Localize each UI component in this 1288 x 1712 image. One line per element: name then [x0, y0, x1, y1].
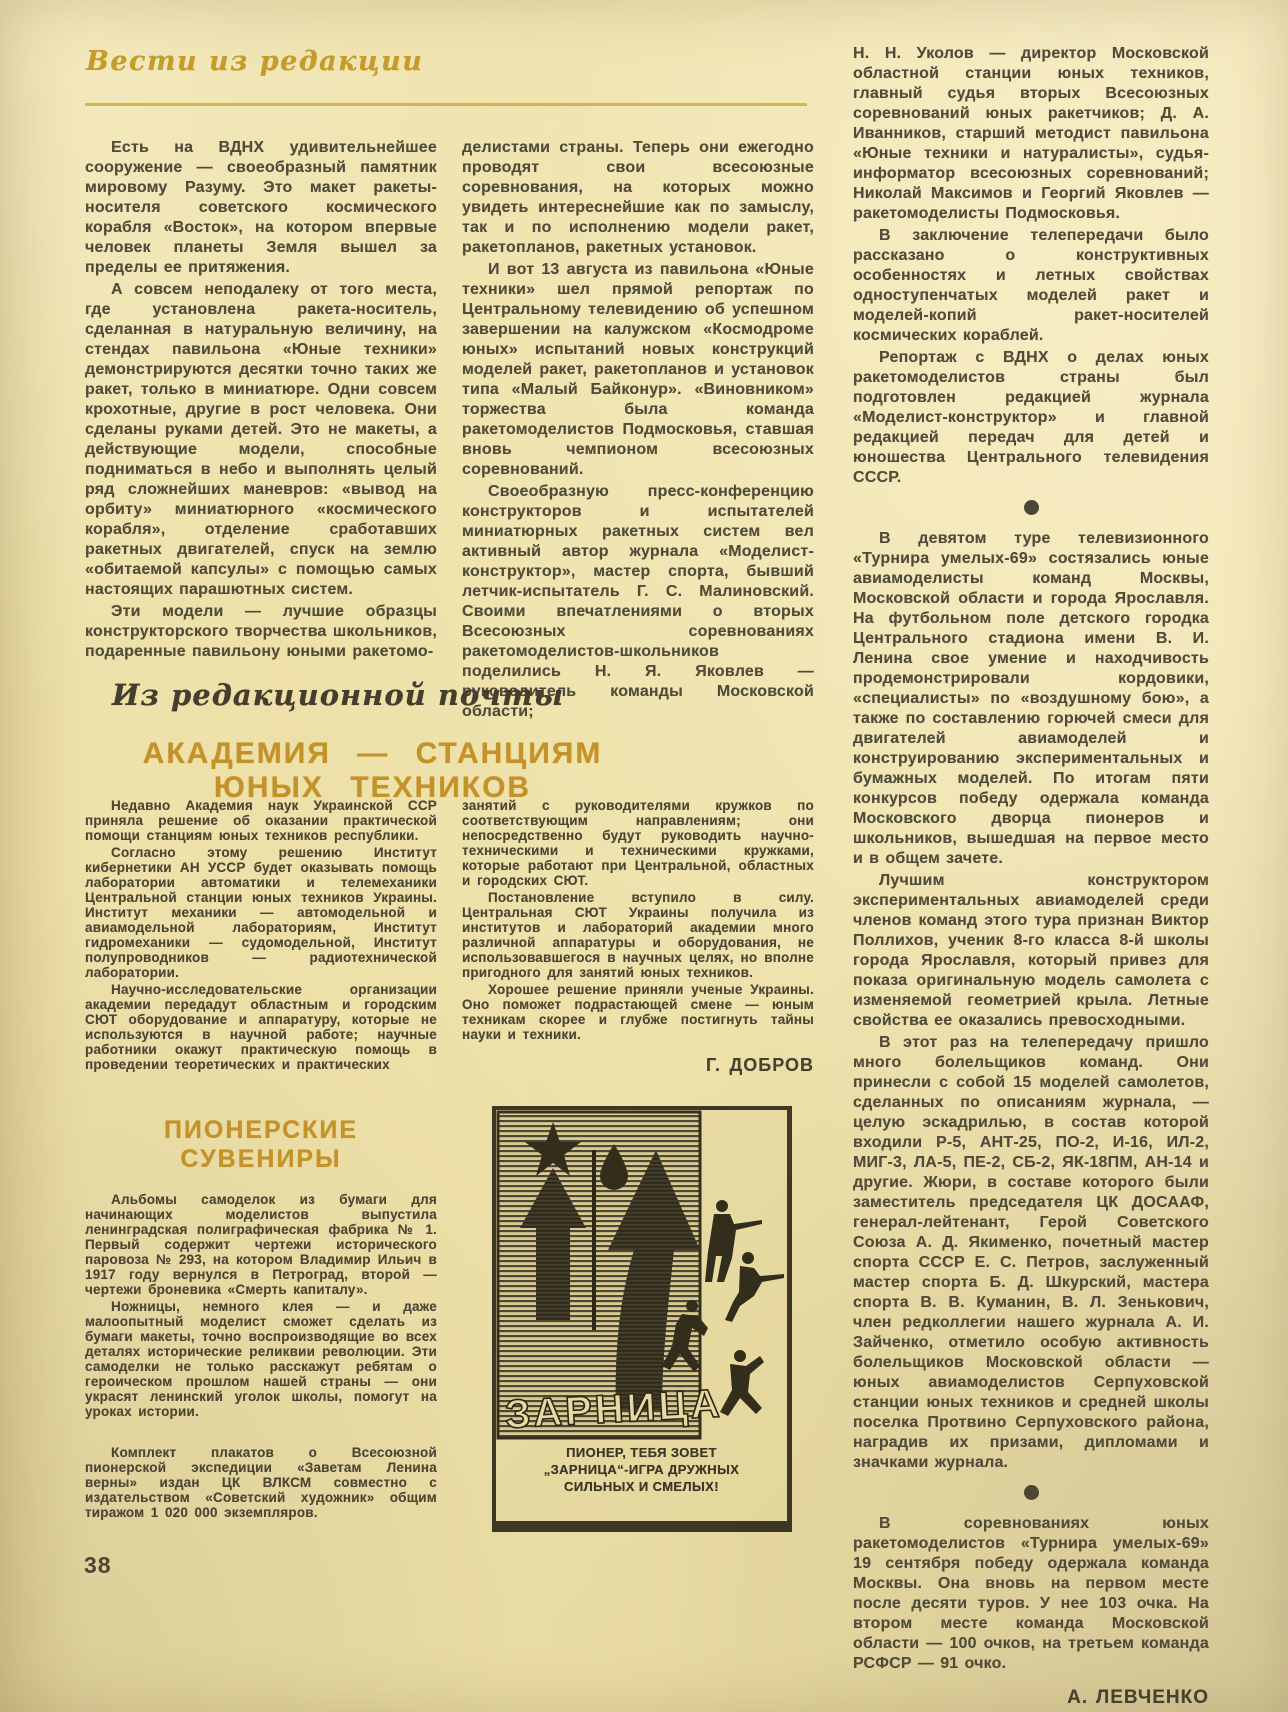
article-paragraph: В этот раз на телепередачу пришло много …: [853, 1033, 1209, 1473]
article-paragraph: Репортаж с ВДНХ о делах юных ракетомодел…: [853, 348, 1209, 488]
section-separator-dot: [1024, 500, 1039, 515]
article-paragraph: занятий с руководителями кружков по соот…: [462, 798, 814, 888]
article-paragraph: Научно-исследовательские организации ака…: [85, 982, 437, 1072]
author-signature: Г. ДОБРОВ: [462, 1058, 814, 1073]
news-column-right: Н. Н. Уколов — директор Московской облас…: [853, 44, 1209, 1708]
article-paragraph: Есть на ВДНХ удивительнейшее сооружение …: [85, 138, 437, 278]
magazine-page: Вести из редакции Есть на ВДНХ удивитель…: [0, 0, 1288, 1712]
article-paragraph: В соревнованиях юных ракетомоделистов «Т…: [853, 1514, 1209, 1674]
section-title: Вести из редакции: [86, 46, 423, 77]
article-paragraph: Недавно Академия наук Украинской ССР при…: [85, 798, 437, 843]
zarnitsa-poster-art: ЗАРНИЦА: [496, 1110, 786, 1442]
academy-column-right: занятий с руководителями кружков по соот…: [462, 798, 814, 1073]
divider-rule: [85, 103, 807, 106]
poster-caption: ПИОНЕР, ТЕБЯ ЗОВЕТ „ЗАРНИЦА“-ИГРА ДРУЖНЫ…: [496, 1444, 787, 1495]
article-paragraph: В девятом туре телевизионного «Турнира у…: [853, 529, 1209, 869]
zarnitsa-poster-image: ЗАРНИЦА ПИОНЕР, ТЕБЯ ЗОВЕТ „ЗАРНИЦА“-ИГР…: [492, 1106, 792, 1532]
souvenirs-column: Альбомы самоделок из бумаги для начинающ…: [85, 1192, 437, 1522]
poster-caption-line: СИЛЬНЫХ И СМЕЛЫХ!: [496, 1478, 787, 1495]
author-signature: А. ЛЕВЧЕНКО: [853, 1688, 1209, 1708]
article-paragraph: Эти модели — лучшие образцы конструкторс…: [85, 602, 437, 662]
article-paragraph: Постановление вступило в силу. Центральн…: [462, 890, 814, 980]
article-paragraph: Согласно этому решению Институт кибернет…: [85, 845, 437, 980]
article-paragraph: И вот 13 августа из павильона «Юные техн…: [462, 260, 814, 480]
news-column-left: Есть на ВДНХ удивительнейшее сооружение …: [85, 138, 437, 664]
article-paragraph: Альбомы самоделок из бумаги для начинающ…: [85, 1192, 437, 1297]
letters-kicker: Из редакционной почты: [112, 678, 564, 712]
academy-column-left: Недавно Академия наук Украинской ССР при…: [85, 798, 437, 1074]
academy-headline: АКАДЕМИЯ — СТАНЦИЯМ ЮНЫХ ТЕХНИКОВ: [85, 737, 660, 805]
pole-shape: [592, 1150, 596, 1330]
article-paragraph: делистами страны. Теперь они ежегодно пр…: [462, 138, 814, 258]
article-paragraph: Комплект плакатов о Всесоюзной пионерско…: [85, 1445, 437, 1520]
article-paragraph: А совсем неподалеку от того места, где у…: [85, 280, 437, 600]
page-number: 38: [84, 1552, 112, 1579]
poster-caption-line: ПИОНЕР, ТЕБЯ ЗОВЕТ: [496, 1444, 787, 1461]
article-paragraph: Ножницы, немного клея — и даже малоопытн…: [85, 1299, 437, 1419]
article-paragraph: Н. Н. Уколов — директор Московской облас…: [853, 44, 1209, 224]
article-paragraph: В заключение телепередачи было рассказан…: [853, 226, 1209, 346]
article-paragraph: Хорошее решение приняли ученые Украины. …: [462, 982, 814, 1042]
poster-caption-line: „ЗАРНИЦА“-ИГРА ДРУЖНЫХ: [496, 1461, 787, 1478]
section-separator-dot: [1024, 1485, 1039, 1500]
news-column-middle: делистами страны. Теперь они ежегодно пр…: [462, 138, 814, 724]
souvenirs-headline: ПИОНЕРСКИЕ СУВЕНИРЫ: [85, 1116, 437, 1174]
article-paragraph: Лучшим конструктором экспериментальных а…: [853, 871, 1209, 1031]
